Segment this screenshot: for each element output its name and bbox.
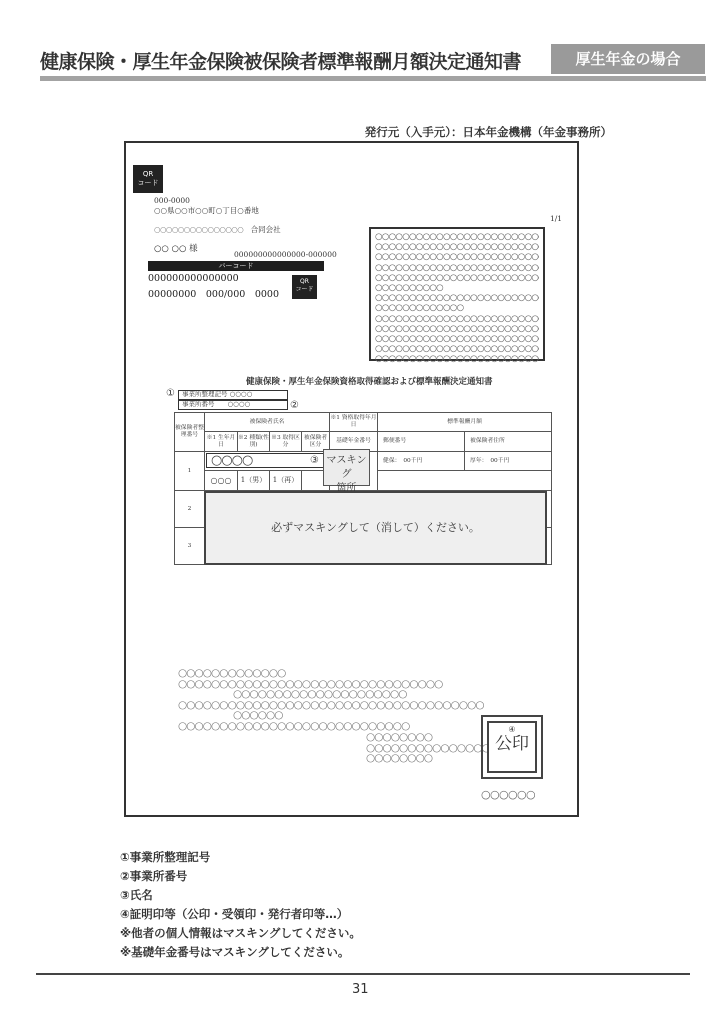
page-header-title: 健康保険・厚生年金保険被保険者標準報酬月額決定通知書 <box>40 47 521 74</box>
issuer-circles: ○○○○○○ <box>481 788 535 801</box>
row-1-class: 1（再） <box>270 471 302 491</box>
recipient-name: ○○ ○○ 様 <box>154 242 198 254</box>
row-1-type: 1（男） <box>238 471 270 491</box>
qr-code-icon: QRコード <box>292 275 317 299</box>
marker-3: ③ <box>310 455 319 466</box>
row-1-address-cell <box>378 471 552 491</box>
header-rule <box>40 76 706 81</box>
notes-list: ①事業所整理記号 ②事業所番号 ③氏名 ④証明印等（公印・受領印・発行者印等…）… <box>120 848 361 962</box>
header-standard-amount: 標準報酬月額 <box>378 413 552 432</box>
issuer-label: 発行元（入手元）：日本年金機構（年金事務所） <box>365 124 612 140</box>
header-insured-number: 被保険者整理番号 <box>175 413 205 452</box>
marker-4: ④ <box>489 725 535 734</box>
office-number-box: 事業所番号 ○○○○ <box>178 400 288 410</box>
row-1-health-amount: 健保： 00千円 <box>378 452 465 471</box>
note-item: ④証明印等（公印・受領印・発行者印等…） <box>120 905 361 924</box>
marker-2: ② <box>290 400 299 411</box>
address-block-right: ○○○○○○○○ ○○○○○○○○○○○○○○○ ○○○○○○○○ <box>366 732 490 764</box>
marker-1: ① <box>166 388 175 399</box>
mailing-address: ○○県○○市○○町○丁目○番地 <box>154 205 259 216</box>
barcode: バーコード <box>148 261 324 271</box>
note-item: ③氏名 <box>120 886 361 905</box>
header-address: 被保険者住所 <box>465 432 552 452</box>
company-name: ○○○○○○○○○○○○○○○ 合同会社 <box>154 224 281 235</box>
code-line-2: 00000000 000/000 0000 <box>148 286 279 300</box>
masked-text-box: ○○○○○○○○○○○○○○○○○○○○○○○○○○○ ○○○○○○○○○○○○… <box>369 227 545 361</box>
footer-rule <box>36 973 690 975</box>
code-line-1: 000000000000000 <box>148 273 239 284</box>
note-item: ②事業所番号 <box>120 867 361 886</box>
header-acquisition-class: ※3 取得区分 <box>270 432 302 452</box>
header-type: ※2 種類(性別) <box>238 432 270 452</box>
note-item: ※他者の個人情報はマスキングしてください。 <box>120 924 361 943</box>
row-1-number: 1 <box>175 452 205 491</box>
header-birth: ※1 生年月日 <box>205 432 238 452</box>
masking-area-small: マスキング 箇所 <box>323 449 370 486</box>
qr-code-icon: QRコード <box>133 165 163 193</box>
form-title: 健康保険・厚生年金保険資格取得確認および標準報酬決定通知書 <box>246 375 493 387</box>
seal-text: 公印 <box>489 734 535 754</box>
row-3-number: 3 <box>175 528 205 565</box>
page-indicator: 1/1 <box>550 214 562 223</box>
note-item: ※基礎年金番号はマスキングしてください。 <box>120 943 361 962</box>
header-acquisition-date: ※1 資格取得年月日 <box>330 413 378 432</box>
sample-notice-document: QRコード 000-0000 ○○県○○市○○町○丁目○番地 ○○○○○○○○○… <box>124 141 579 817</box>
header-insured-name: 被保険者氏名 <box>205 413 330 432</box>
office-reference-code-box: 事業所整理記号 ○○○○ <box>178 390 288 400</box>
header-postal-code: 郵便番号 <box>378 432 465 452</box>
postal-code: 000-0000 <box>154 196 190 205</box>
row-1-pension-amount: 厚年： 00千円 <box>465 452 552 471</box>
case-badge: 厚生年金の場合 <box>551 44 705 74</box>
insured-name-box: ○○○○ ③ <box>206 453 324 468</box>
row-2-number: 2 <box>175 491 205 528</box>
address-block: ○○○○○○○○○○○○○ ○○○○○○○○○○○○○○○○○○○○○○○○○○… <box>178 668 484 732</box>
official-seal: ④ 公印 <box>481 715 543 779</box>
row-1-birth: ○○○ <box>205 471 238 491</box>
note-item: ①事業所整理記号 <box>120 848 361 867</box>
recipient-number: 000000000000000-000000 <box>234 250 337 259</box>
masking-area-large: 必ずマスキングして（消して）ください。 <box>204 491 547 565</box>
page-number: 31 <box>352 982 369 997</box>
